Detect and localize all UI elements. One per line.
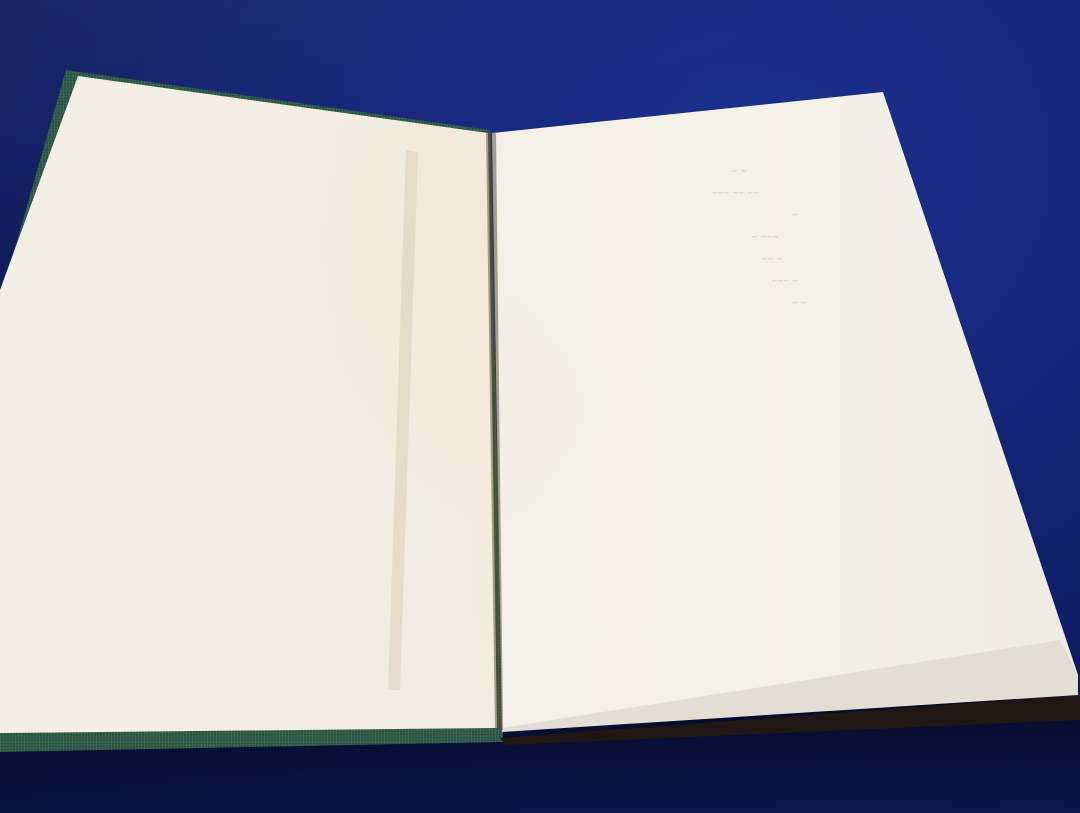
pencil-line: ~ ~: [732, 160, 842, 182]
pencil-line: ~~~ ~: [772, 270, 842, 292]
pencil-line: ~~~ ~~ ~~: [712, 182, 842, 204]
pencil-line: ~ ~~~: [752, 226, 842, 248]
pencil-line: ~ ~: [792, 292, 842, 314]
photo-scene: ~ ~ ~~~ ~~ ~~ ~ ~ ~~~ ~~ ~ ~~~ ~ ~ ~: [0, 0, 1080, 813]
faint-pencil-inscription: ~ ~ ~~~ ~~ ~~ ~ ~ ~~~ ~~ ~ ~~~ ~ ~ ~: [712, 160, 842, 314]
pencil-line: ~~ ~: [762, 248, 842, 270]
pencil-line: ~: [792, 204, 842, 226]
